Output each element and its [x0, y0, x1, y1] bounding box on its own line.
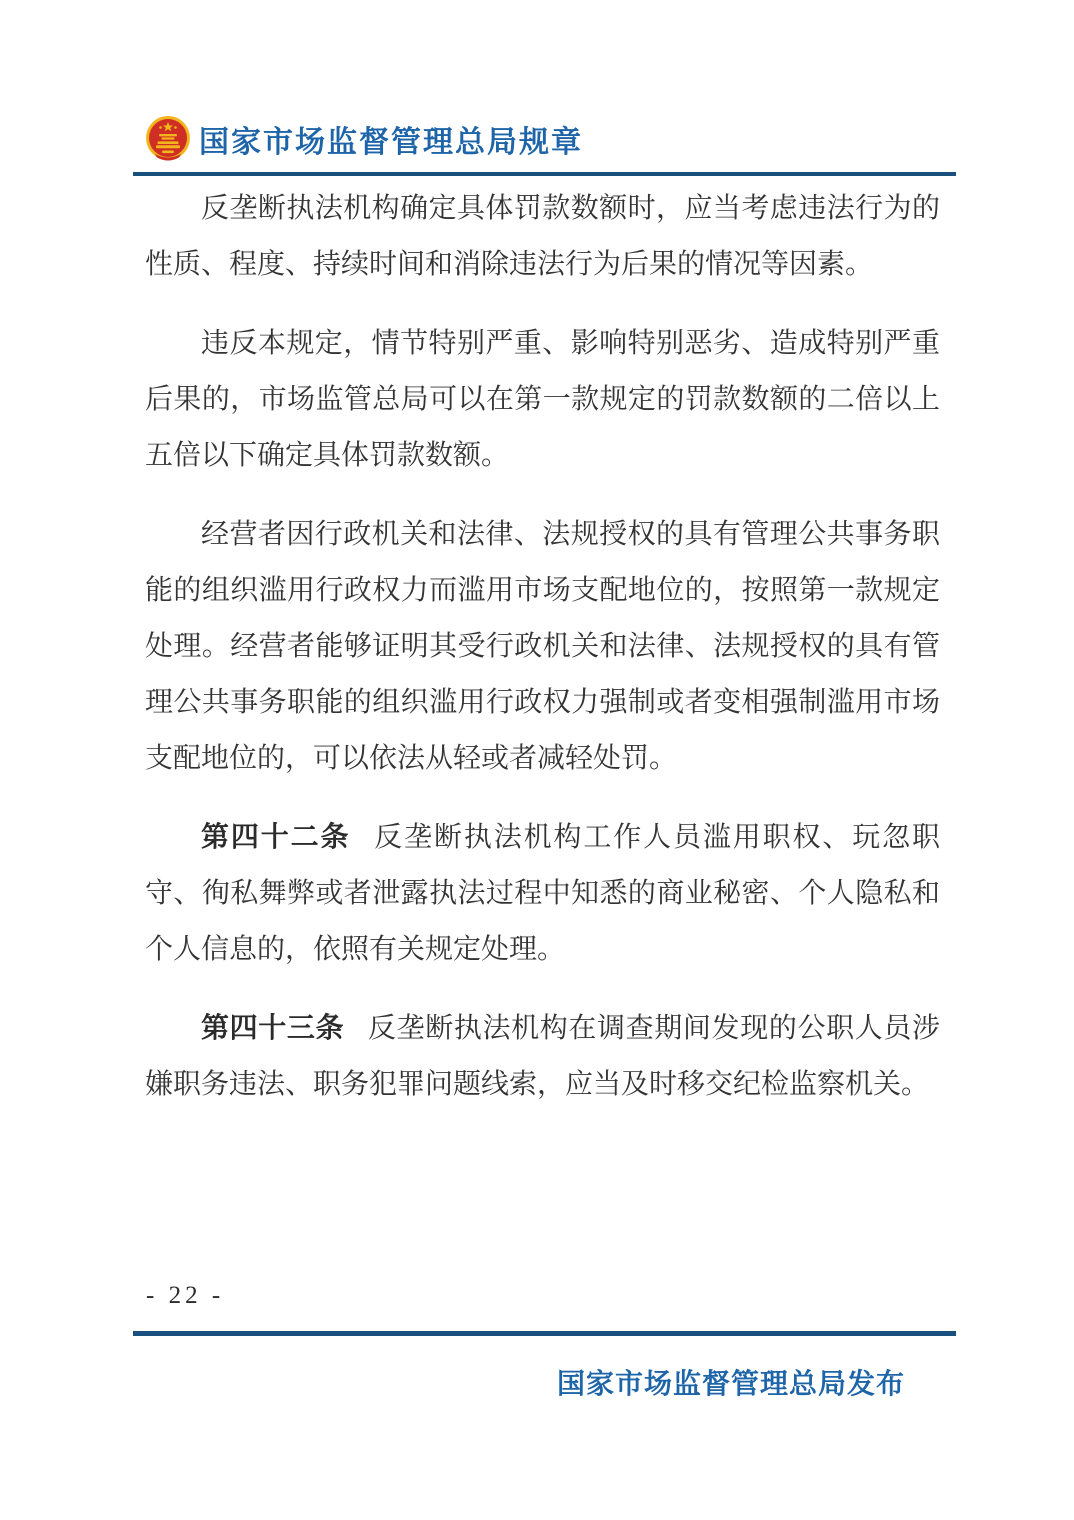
page-header: 国家市场监督管理总局规章	[145, 113, 583, 165]
article-number: 第四十三条	[201, 1012, 344, 1043]
paragraph-text: 违反本规定，情节特别严重、影响特别恶劣、造成特别严重后果的，市场监管总局可以在第…	[145, 328, 940, 471]
footer-rule	[133, 1331, 956, 1336]
paragraph-5-article-43: 第四十三条反垄断执法机构在调查期间发现的公职人员涉嫌职务违法、职务犯罪问题线索，…	[145, 1000, 940, 1113]
paragraph-1: 反垄断执法机构确定具体罚款数额时，应当考虑违法行为的性质、程度、持续时间和消除违…	[145, 180, 940, 293]
header-rule	[133, 172, 956, 176]
paragraph-text: 反垄断执法机构确定具体罚款数额时，应当考虑违法行为的性质、程度、持续时间和消除违…	[145, 193, 940, 280]
publisher-label: 国家市场监督管理总局发布	[557, 1362, 905, 1402]
document-page: 国家市场监督管理总局规章 反垄断执法机构确定具体罚款数额时，应当考虑违法行为的性…	[0, 0, 1074, 1520]
paragraph-3: 经营者因行政机关和法律、法规授权的具有管理公共事务职能的组织滥用行政权力而滥用市…	[145, 506, 940, 787]
document-body: 反垄断执法机构确定具体罚款数额时，应当考虑违法行为的性质、程度、持续时间和消除违…	[145, 180, 940, 1113]
paragraph-2: 违反本规定，情节特别严重、影响特别恶劣、造成特别严重后果的，市场监管总局可以在第…	[145, 315, 940, 484]
page-number: - 22 -	[146, 1282, 224, 1310]
paragraph-text: 经营者因行政机关和法律、法规授权的具有管理公共事务职能的组织滥用行政权力而滥用市…	[145, 519, 940, 774]
article-number: 第四十二条	[201, 821, 350, 852]
paragraph-4-article-42: 第四十二条反垄断执法机构工作人员滥用职权、玩忽职守、徇私舞弊或者泄露执法过程中知…	[145, 809, 940, 978]
china-national-emblem-icon	[145, 114, 191, 164]
header-title: 国家市场监督管理总局规章	[199, 117, 583, 161]
